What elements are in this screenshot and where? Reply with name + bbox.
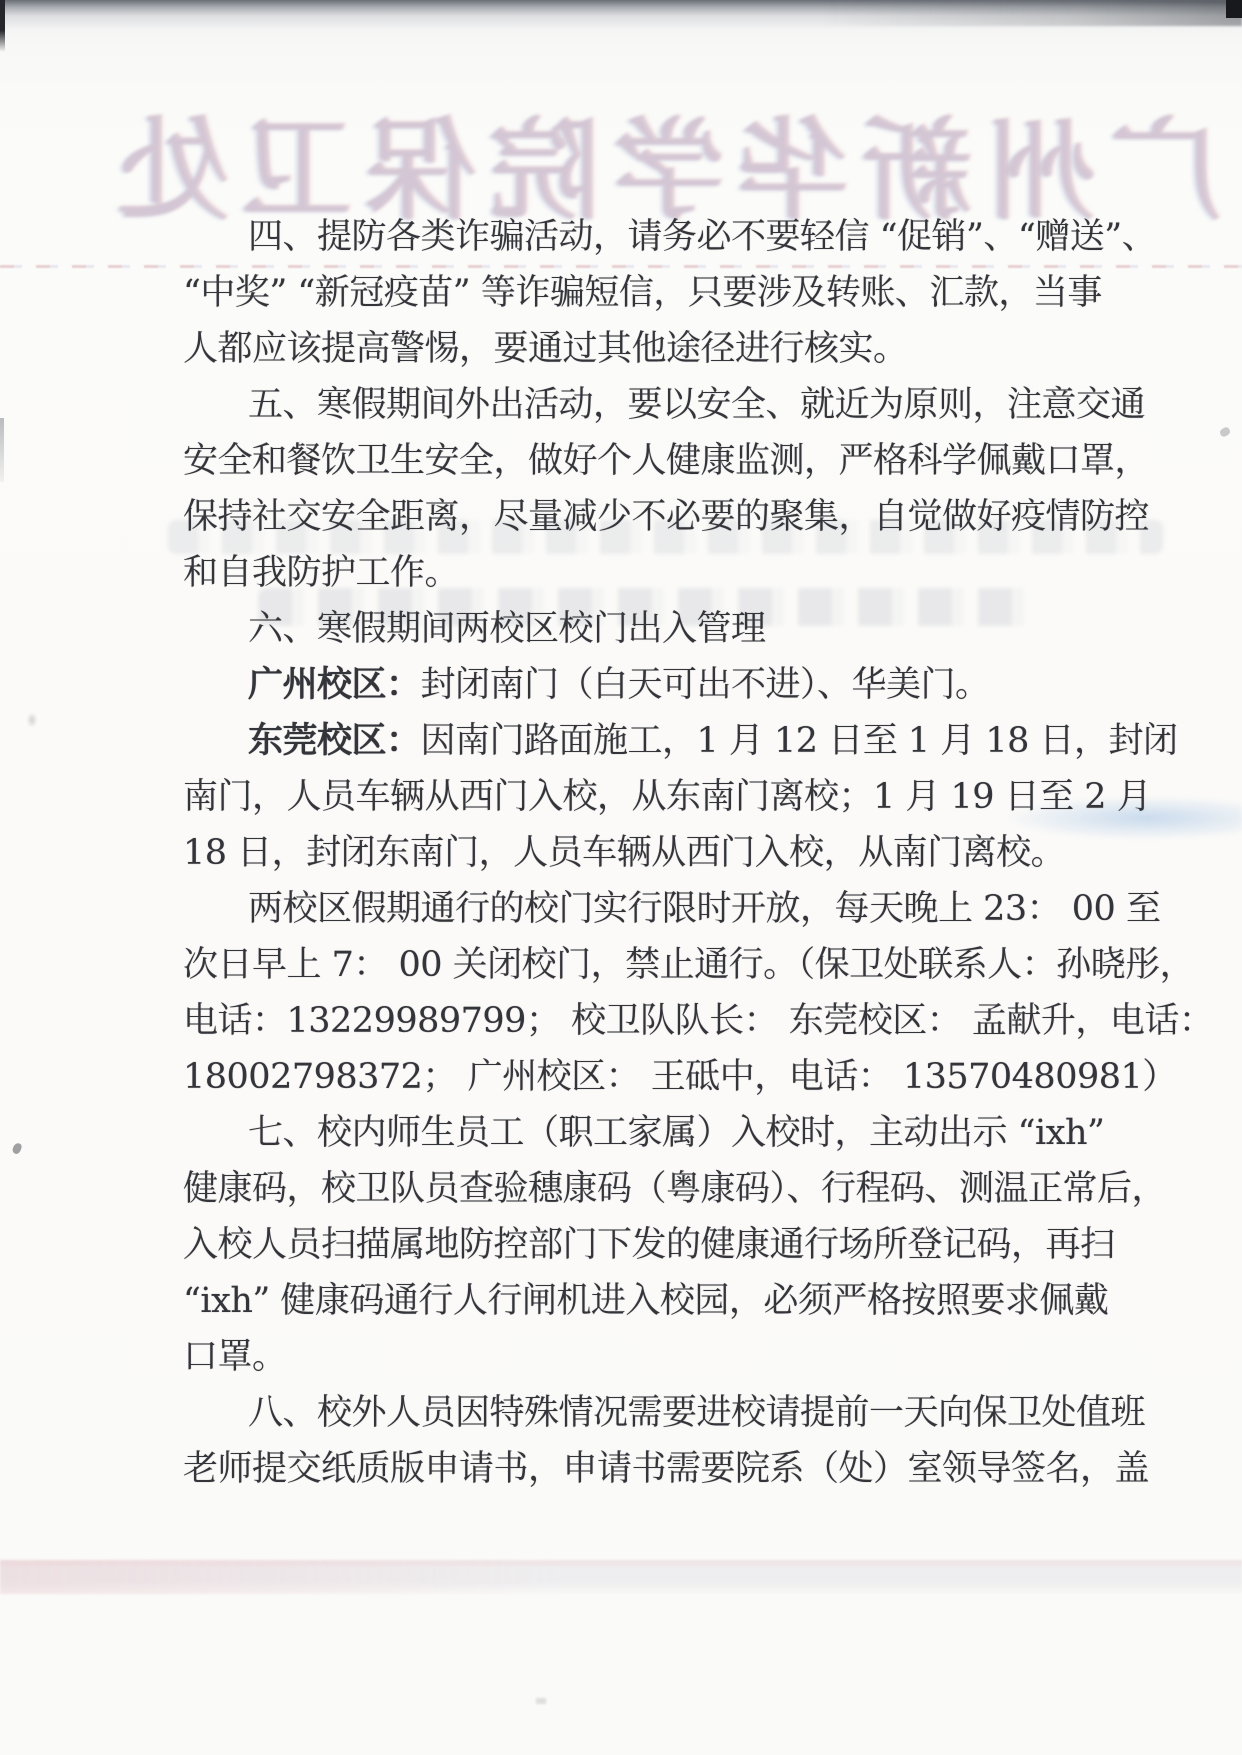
document-line: 两校区假期通行的校门实行限时开放，每天晚上 23： 00 至 [183, 881, 1183, 937]
campus-label: 东莞校区： [248, 720, 421, 761]
scan-band-artifact [0, 1560, 1242, 1594]
document-line: 健康码，校卫队员查验穗康码（粤康码）、行程码、测温正常后， [183, 1161, 1183, 1217]
document-line: 口罩。 [183, 1329, 1183, 1385]
document-line: 六、寒假期间两校区校门出入管理 [183, 601, 1183, 657]
ink-speck [536, 1698, 546, 1704]
document-line: 四、提防各类诈骗活动，请务必不要轻信 “促销”、“赠送”、 [183, 209, 1183, 265]
document-line: 和自我防护工作。 [183, 545, 1183, 601]
document-line: 安全和餐饮卫生安全，做好个人健康监测，严格科学佩戴口罩， [183, 433, 1183, 489]
scanner-corner-mark [0, 0, 5, 52]
ink-speck [11, 1142, 22, 1155]
document-line: 保持社交安全距离，尽量减少不必要的聚集，自觉做好疫情防控 [183, 489, 1183, 545]
ink-speck [1219, 426, 1232, 438]
scanner-corner-mark [1226, 0, 1242, 18]
document-line: 五、寒假期间外出活动，要以安全、就近为原则，注意交通 [183, 377, 1183, 433]
document-line: “中奖” “新冠疫苗” 等诈骗短信，只要涉及转账、汇款，当事 [183, 265, 1183, 321]
document-body: 四、提防各类诈骗活动，请务必不要轻信 “促销”、“赠送”、“中奖” “新冠疫苗”… [183, 209, 1183, 1497]
scanner-edge-shadow [822, 0, 1242, 26]
document-line: “ixh” 健康码通行人行闸机进入校园，必须严格按照要求佩戴 [183, 1273, 1183, 1329]
document-line: 七、校内师生员工（职工家属）入校时，主动出示 “ixh” [183, 1105, 1183, 1161]
document-line: 人都应该提高警惕，要通过其他途径进行核实。 [183, 321, 1183, 377]
ink-speck [26, 712, 38, 728]
document-line: 广州校区：封闭南门（白天可出不进）、华美门。 [183, 657, 1183, 713]
document-line: 入校人员扫描属地防控部门下发的健康通行场所登记码，再扫 [183, 1217, 1183, 1273]
document-line: 老师提交纸质版申请书，申请书需要院系（处）室领导签名，盖 [183, 1441, 1183, 1497]
document-line: 18 日，封闭东南门，人员车辆从西门入校，从南门离校。 [183, 825, 1183, 881]
document-line: 电话：13229989799； 校卫队队长： 东莞校区： 孟献升，电话： [183, 993, 1183, 1049]
document-line: 次日早上 7： 00 关闭校门，禁止通行。（保卫处联系人：孙晓彤， [183, 937, 1183, 993]
document-line: 南门，人员车辆从西门入校，从东南门离校；1 月 19 日至 2 月 [183, 769, 1183, 825]
document-line: 东莞校区：因南门路面施工，1 月 12 日至 1 月 18 日，封闭 [183, 713, 1183, 769]
scanned-page: 广州新华学院保卫处 四、提防各类诈骗活动，请务必不要轻信 “促销”、“赠送”、“… [0, 0, 1242, 1755]
campus-label: 广州校区： [248, 664, 421, 705]
ink-speck [0, 418, 4, 482]
document-line: 八、校外人员因特殊情况需要进校请提前一天向保卫处值班 [183, 1385, 1183, 1441]
document-line: 18002798372； 广州校区： 王砥中，电话： 13570480981） [183, 1049, 1183, 1105]
